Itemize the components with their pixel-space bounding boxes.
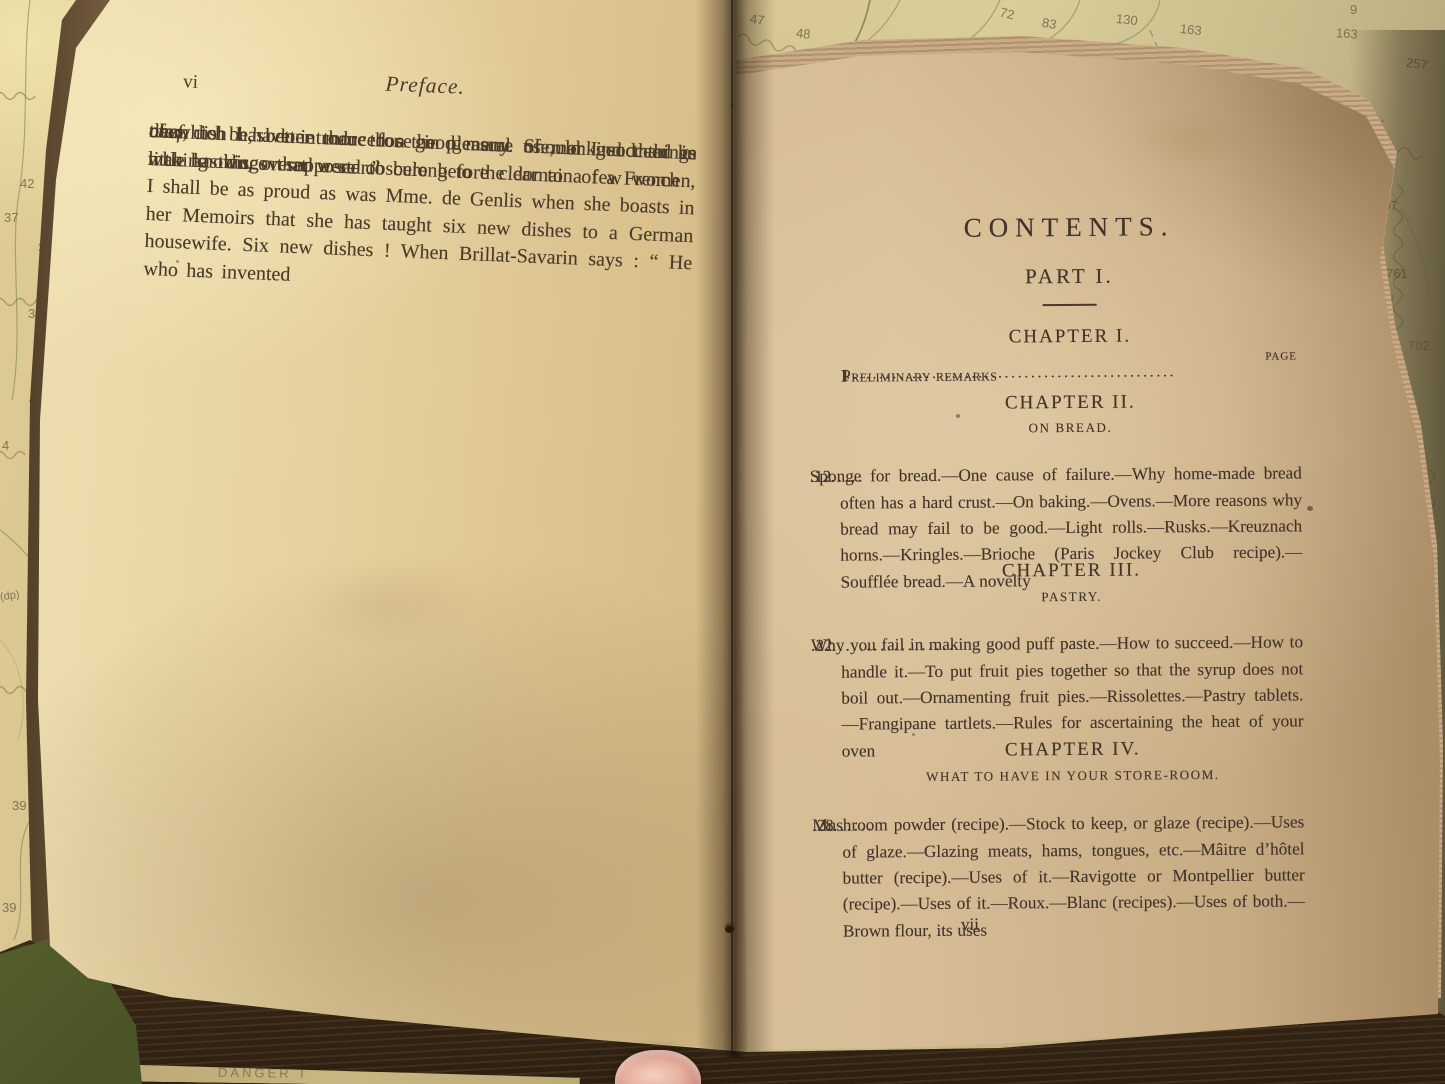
- age-stain: [1130, 110, 1250, 170]
- age-stain: [300, 560, 480, 650]
- toc-page-number: 1: [841, 366, 849, 386]
- toc-entry-chapter-3: Why you fail in making good puff paste.—…: [841, 630, 1303, 660]
- chapter-4-heading: CHAPTER IV.: [842, 737, 1304, 762]
- chapter-4-caption: WHAT TO HAVE IN YOUR STORE-ROOM.: [842, 766, 1304, 785]
- toc-entry-chapter-2: Sponge for bread.—One cause of failure.—…: [840, 461, 1302, 491]
- chart-depth-number: 9: [1350, 2, 1357, 17]
- dot-leader: ........................................…: [846, 363, 1176, 383]
- foxing-speck: [1307, 506, 1313, 511]
- chart-depth-number: 83: [1041, 15, 1058, 32]
- chart-depth-number: (dp): [0, 589, 20, 604]
- chart-depth-number: 4: [2, 438, 9, 453]
- signature-mark: vii: [961, 915, 979, 935]
- dot-leader: .........: [842, 813, 874, 840]
- chart-depth-number: 39: [2, 900, 16, 915]
- chart-depth-number: 42: [20, 176, 34, 191]
- book-gutter-crease: [731, 0, 733, 1054]
- page-column-label: PAGE: [1265, 350, 1297, 362]
- preface-paragraph: them to be, better than those in general…: [150, 118, 698, 140]
- contents-title: CONTENTS.: [838, 210, 1300, 244]
- binding-stitch-hole: [725, 926, 734, 933]
- chapter-3-heading: CHAPTER III.: [840, 558, 1302, 583]
- part-heading: PART I.: [838, 262, 1300, 290]
- chapter-1-heading: CHAPTER I.: [839, 324, 1301, 349]
- dot-leader: ........: [840, 464, 865, 491]
- chapter-3-caption: PASTRY.: [841, 587, 1303, 606]
- toc-entry-chapter-4: Mushroom powder (recipe).—Stock to keep,…: [842, 810, 1304, 840]
- chapter-2-heading: CHAPTER II.: [839, 390, 1301, 415]
- chart-depth-number: 48: [795, 25, 811, 41]
- chart-depth-number: 163: [1179, 21, 1202, 38]
- chart-depth-number: 130: [1115, 11, 1138, 28]
- dot-leader: .....................: [841, 632, 956, 659]
- chart-depth-number: 72: [998, 4, 1016, 22]
- book-gutter-shadow: [696, 0, 774, 1058]
- chart-depth-number: 39: [12, 798, 26, 813]
- chart-depth-number: 37: [4, 210, 18, 225]
- divider-rule: [1043, 304, 1097, 306]
- chapter-2-caption: ON BREAD.: [839, 418, 1301, 437]
- photo-open-book-on-map: 283842373634234(dp)33939exOe474852728313…: [0, 0, 1445, 1084]
